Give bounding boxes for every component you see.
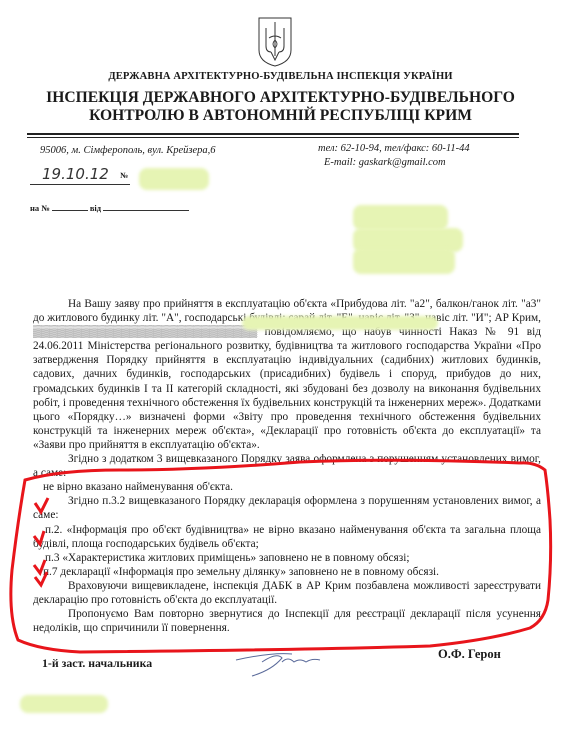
handwritten-signature: [232, 648, 327, 678]
paragraph-proposal: Пропонуємо Вам повторно звернутися до Ін…: [33, 607, 541, 635]
inspection-name: ІНСПЕКЦІЯ ДЕРЖАВНОГО АРХІТЕКТУРНО-БУДІВЕ…: [0, 89, 561, 125]
item-p7: п.7 декларації «Інформація про земельну …: [33, 565, 541, 579]
header-rule-thin: [27, 137, 519, 138]
trident-coat-of-arms-icon: [257, 16, 293, 68]
paragraph-conclusion: Враховуючи вищевикладене, інспекція ДАБК…: [33, 579, 541, 607]
paragraph-application-violations: Згідно з додатком 3 вищевказаного Порядк…: [33, 452, 541, 480]
phone: тел: 62-10-94, тел/факс: 60-11-44: [318, 142, 470, 156]
item-p2: п.2. «Інформація про об'єкт будівництва»…: [33, 523, 541, 551]
address: 95006, м. Сімферополь, вул. Крейзера,6: [40, 145, 216, 156]
agency-name: ДЕРЖАВНА АРХІТЕКТУРНО-БУДІВЕЛЬНА ІНСПЕКЦ…: [0, 71, 561, 82]
redacted-outgoing-number: [139, 168, 209, 190]
contacts: тел: 62-10-94, тел/факс: 60-11-44 E-mail…: [318, 142, 470, 170]
redacted-recipient: [353, 205, 448, 230]
handwritten-date: 19.10.12: [30, 165, 130, 185]
inspection-name-line2: КОНТРОЛЮ В АВТОНОМНІЙ РЕСПУБЛІЦІ КРИМ: [0, 107, 561, 125]
paragraph-declaration-violations: Згідно п.3.2 вищевказаного Порядку декла…: [33, 494, 541, 522]
redacted-object-address: [242, 316, 438, 330]
email: E-mail: gaskark@gmail.com: [318, 156, 470, 170]
item-object-name: не вірно вказано найменування об'єкта.: [33, 480, 541, 494]
header-rule: [27, 133, 519, 135]
signatory-title: 1-й заст. начальника: [42, 656, 152, 671]
inspection-name-line1: ІНСПЕКЦІЯ ДЕРЖАВНОГО АРХІТЕКТУРНО-БУДІВЕ…: [0, 89, 561, 107]
redacted-recipient: [353, 248, 455, 274]
letter-body: На Вашу заяву про прийняття в експлуатац…: [33, 297, 541, 635]
signatory-name: О.Ф. Герон: [438, 647, 501, 662]
item-p3: п.3 «Характеристика житлових приміщень» …: [33, 551, 541, 565]
ref-prefix: на №: [30, 203, 50, 213]
ref-from: від: [90, 203, 101, 213]
redacted-executor: [20, 695, 108, 713]
outgoing-number-label: №: [120, 171, 128, 180]
reference-line: на №від: [30, 203, 189, 213]
